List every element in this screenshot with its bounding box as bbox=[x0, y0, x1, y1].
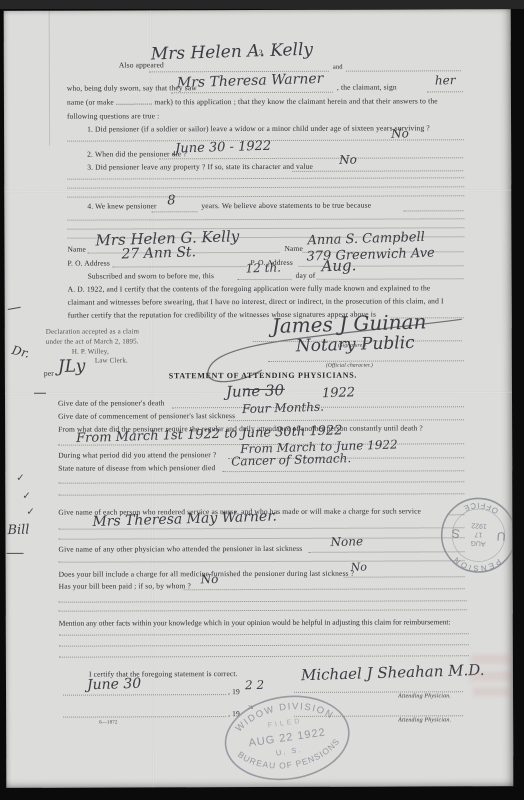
scan-top-band bbox=[0, 0, 524, 9]
dotted-line bbox=[67, 195, 464, 197]
sworn-post-label: , the claimant, sign bbox=[337, 83, 397, 92]
question-4-post: years. We believe above statements to be… bbox=[201, 201, 371, 211]
dotted-line bbox=[67, 218, 464, 220]
bleed-through-mark bbox=[469, 671, 513, 681]
dotted-line bbox=[63, 694, 226, 696]
mark-line: name (or make .................. mark) t… bbox=[67, 96, 438, 106]
death-month-day-entry: June 30 bbox=[226, 383, 284, 400]
dotted-line bbox=[59, 600, 467, 602]
dotted-line bbox=[59, 560, 465, 562]
bleed-through-mark bbox=[471, 654, 511, 664]
pension-stamp-arc-top: PENSION bbox=[450, 554, 503, 575]
pension-stamp-day: 17 bbox=[474, 530, 482, 538]
witness-signature-entry: Mrs Helen A. Kelly bbox=[151, 42, 314, 64]
widow-stamp-filed: FILED bbox=[267, 718, 302, 730]
dotted-line bbox=[151, 211, 197, 212]
accepted-line-2: under the act of March 2, 1895. bbox=[46, 337, 139, 345]
death-year-entry: 1922 bbox=[322, 386, 355, 400]
physicians-heading: STATEMENT OF ATTENDING PHYSICIANS. bbox=[169, 371, 357, 381]
sickness-label: Give date of commencement of pensioner's… bbox=[58, 411, 235, 421]
name-label-1: Name bbox=[67, 245, 86, 254]
bleed-through-mark bbox=[473, 687, 511, 696]
certify-line-2: claimant and witnesses before swearing, … bbox=[68, 296, 444, 306]
nurse-entry: Mrs Theresa May Warner. bbox=[92, 510, 277, 529]
dotted-line bbox=[159, 157, 463, 159]
q1-answer-entry: No bbox=[391, 127, 409, 140]
questions-true-label: following questions are true : bbox=[67, 111, 159, 120]
margin-check-2: ✓ bbox=[22, 491, 30, 502]
margin-pen-stroke bbox=[8, 307, 21, 310]
q3-answer-entry: No bbox=[339, 153, 357, 166]
certification-date-entry: June 30 bbox=[87, 677, 142, 693]
and-word: and bbox=[333, 64, 343, 71]
dotted-line bbox=[67, 186, 464, 188]
dotted-line bbox=[292, 170, 463, 172]
attending-physician-label-2: Attending Physician. bbox=[398, 717, 451, 723]
margin-check-1: ✓ bbox=[16, 473, 24, 484]
dotted-line bbox=[317, 278, 464, 280]
dotted-line bbox=[58, 527, 464, 529]
other-facts-label: Mention any other facts within your know… bbox=[59, 617, 451, 627]
document-page: 3 Also appeared Mrs Helen A. Kelly and w… bbox=[4, 9, 514, 788]
dotted-line bbox=[344, 576, 465, 577]
disease-entry: Cancer of Stomach. bbox=[231, 452, 351, 468]
other-physician-label: Give name of any other physician who att… bbox=[59, 544, 303, 554]
other-physician-entry: None bbox=[330, 535, 363, 548]
dotted-line bbox=[403, 210, 463, 211]
question-3: 3. Did pensioner leave any property ? If… bbox=[87, 162, 313, 172]
subscribed-day-entry: 12 th. bbox=[245, 261, 281, 274]
witness1-address-entry: 27 Ann St. bbox=[121, 245, 196, 261]
disease-label: State nature of disease from which pensi… bbox=[58, 463, 215, 473]
widow-division-stamp: WIDOW DIVISION FILED AUG 22 1922 U. S. B… bbox=[205, 673, 369, 788]
pension-stamp-s: S bbox=[451, 526, 460, 541]
accepted-line-1: Declaration accepted as a claim bbox=[46, 327, 139, 335]
dotted-line bbox=[184, 588, 465, 590]
pension-office-stamp: PENSION OFFICE U S AUG 17 1922 bbox=[434, 491, 514, 580]
horizontal-crease bbox=[4, 189, 514, 193]
name-label-2: Name bbox=[284, 244, 303, 253]
claimant-name-entry: Mrs Theresa Warner bbox=[177, 72, 324, 90]
dotted-line bbox=[67, 227, 464, 229]
dotted-line bbox=[346, 70, 461, 71]
witness2-name-entry: Anna S. Campbell bbox=[307, 231, 425, 247]
pension-stamp-u: U bbox=[496, 529, 506, 544]
dotted-line bbox=[228, 419, 464, 421]
dotted-line bbox=[238, 279, 292, 280]
dotted-line bbox=[58, 481, 464, 483]
dotted-line bbox=[171, 92, 333, 94]
dotted-line bbox=[113, 266, 247, 267]
dotted-line bbox=[59, 655, 469, 657]
accepted-line-3: H. P. Willey, bbox=[72, 348, 109, 356]
question-2: 2. When did the pensioner die ? bbox=[87, 149, 187, 158]
accepted-line-4: Law Clerk. bbox=[95, 356, 128, 364]
widow-stamp-us: U. S. bbox=[275, 745, 303, 758]
certify-line-1: A. D. 1922, and I certify that the conte… bbox=[68, 283, 431, 293]
dotted-line bbox=[59, 609, 467, 611]
pension-stamp-year: 1922 bbox=[471, 521, 487, 529]
address-label-1: P. O. Address bbox=[68, 259, 110, 268]
dotted-line bbox=[67, 177, 464, 179]
margin-dash bbox=[7, 553, 24, 554]
dotted-line bbox=[58, 493, 464, 495]
sickness-entry: Four Months. bbox=[242, 401, 324, 415]
day-of-label: day of bbox=[296, 271, 316, 280]
question-4-pre: 4. We knew pensioner bbox=[87, 201, 156, 210]
dotted-line bbox=[59, 633, 469, 635]
dotted-line bbox=[58, 537, 464, 539]
official-caption: (Official character.) bbox=[326, 363, 373, 369]
per-label: per bbox=[44, 369, 54, 378]
bill-paid-entry: No bbox=[200, 573, 218, 586]
margin-bill-note: Bill bbox=[7, 524, 29, 538]
bill-paid-label: Has your bill been paid ; if so, by whom… bbox=[59, 581, 191, 590]
margin-dr-note: Dr. bbox=[11, 344, 31, 360]
q4-years-entry: 8 bbox=[167, 194, 176, 207]
svg-text:PENSION: PENSION bbox=[450, 554, 503, 575]
medicine-entry: No bbox=[350, 561, 367, 572]
official-character-entry: Notary Public bbox=[296, 335, 415, 356]
subscribed-month-entry: Aug. bbox=[321, 258, 356, 274]
margin-crease-mark bbox=[34, 393, 46, 394]
period-label: During what period did you attend the pe… bbox=[58, 450, 216, 460]
dotted-line bbox=[427, 91, 463, 92]
question-1: 1. Did pensioner (if a soldier or sailor… bbox=[87, 123, 430, 133]
per-initials-entry: JLy bbox=[58, 358, 86, 376]
attending-physician-label-1: Attending Physician. bbox=[398, 693, 451, 699]
form-number: 6—1872 bbox=[99, 720, 117, 725]
dotted-line bbox=[63, 716, 226, 718]
margin-check-3: ✓ bbox=[26, 507, 34, 518]
q2-answer-entry: June 30 - 1922 bbox=[175, 140, 271, 156]
death-date-label: Give date of the pensioner's death bbox=[58, 398, 165, 407]
subscribed-pre-label: Subscribed and sworn to before me, this bbox=[88, 271, 214, 280]
dotted-line bbox=[222, 470, 464, 472]
fold-edge bbox=[49, 11, 50, 146]
dotted-line bbox=[59, 644, 469, 646]
pronoun-entry: her bbox=[435, 74, 456, 87]
pension-stamp-month: AUG bbox=[470, 539, 486, 547]
